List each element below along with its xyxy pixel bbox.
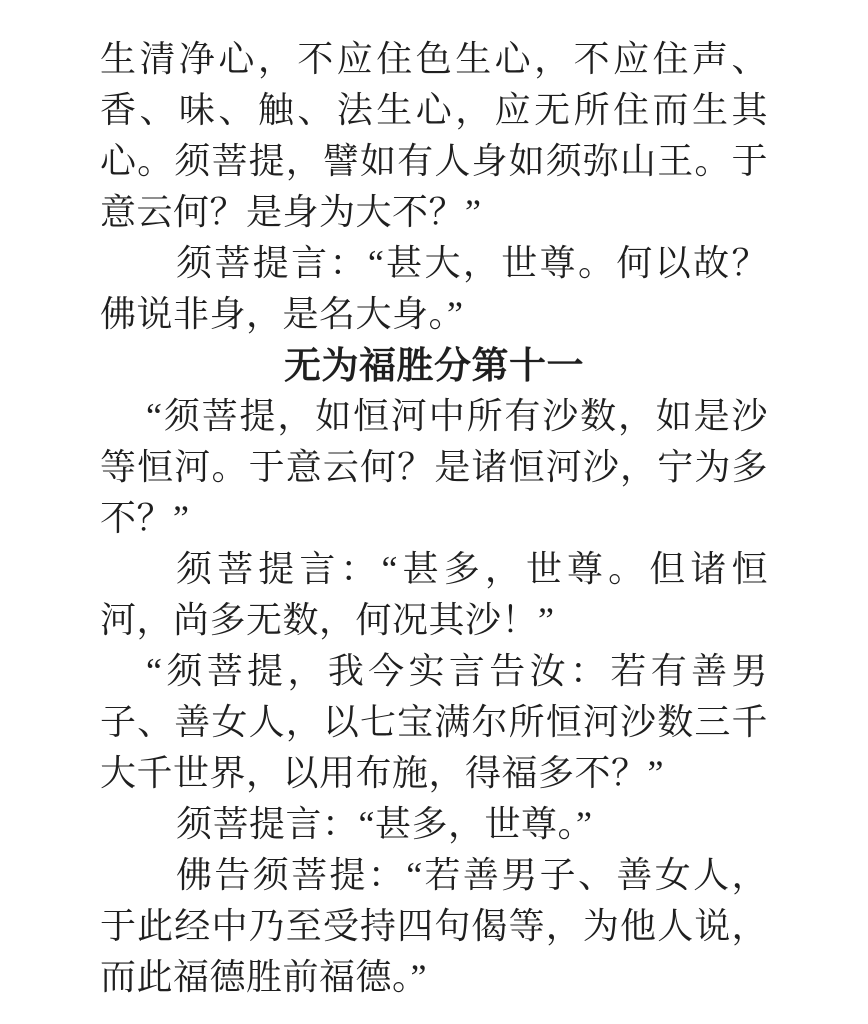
text-line: 须菩提言：“甚大，世尊。何以故？ bbox=[100, 238, 768, 289]
text-line: “须菩提，我今实言告汝：若有善男 bbox=[100, 646, 768, 697]
text-line: 香、味、触、法生心，应无所住而生其 bbox=[100, 85, 768, 136]
text-line: “须菩提，如恒河中所有沙数，如是沙 bbox=[100, 391, 768, 442]
text-block: 生清净心，不应住色生心，不应住声、 香、味、触、法生心，应无所住而生其 心。须菩… bbox=[0, 0, 868, 1003]
text-line: 佛告须菩提：“若善男子、善女人， bbox=[100, 850, 768, 901]
text-line: 于此经中乃至受持四句偈等，为他人说， bbox=[100, 901, 768, 952]
document-page: 生清净心，不应住色生心，不应住声、 香、味、触、法生心，应无所住而生其 心。须菩… bbox=[0, 0, 868, 1024]
text-line: 佛说非身，是名大身。” bbox=[100, 289, 768, 340]
text-line: 意云何？是身为大不？” bbox=[100, 187, 768, 238]
text-line: 子、善女人，以七宝满尔所恒河沙数三千 bbox=[100, 697, 768, 748]
section-heading: 无为福胜分第十一 bbox=[100, 340, 768, 391]
text-line: 而此福德胜前福德。” bbox=[100, 952, 768, 1003]
text-line: 须菩提言：“甚多，世尊。但诸恒 bbox=[100, 544, 768, 595]
text-line: 心。须菩提，譬如有人身如须弥山王。于 bbox=[100, 136, 768, 187]
text-line: 不？” bbox=[100, 493, 768, 544]
text-line: 等恒河。于意云何？是诸恒河沙，宁为多 bbox=[100, 442, 768, 493]
text-line: 河，尚多无数，何况其沙！” bbox=[100, 595, 768, 646]
text-line: 生清净心，不应住色生心，不应住声、 bbox=[100, 34, 768, 85]
text-line: 大千世界，以用布施，得福多不？” bbox=[100, 748, 768, 799]
text-line: 须菩提言：“甚多，世尊。” bbox=[100, 799, 768, 850]
